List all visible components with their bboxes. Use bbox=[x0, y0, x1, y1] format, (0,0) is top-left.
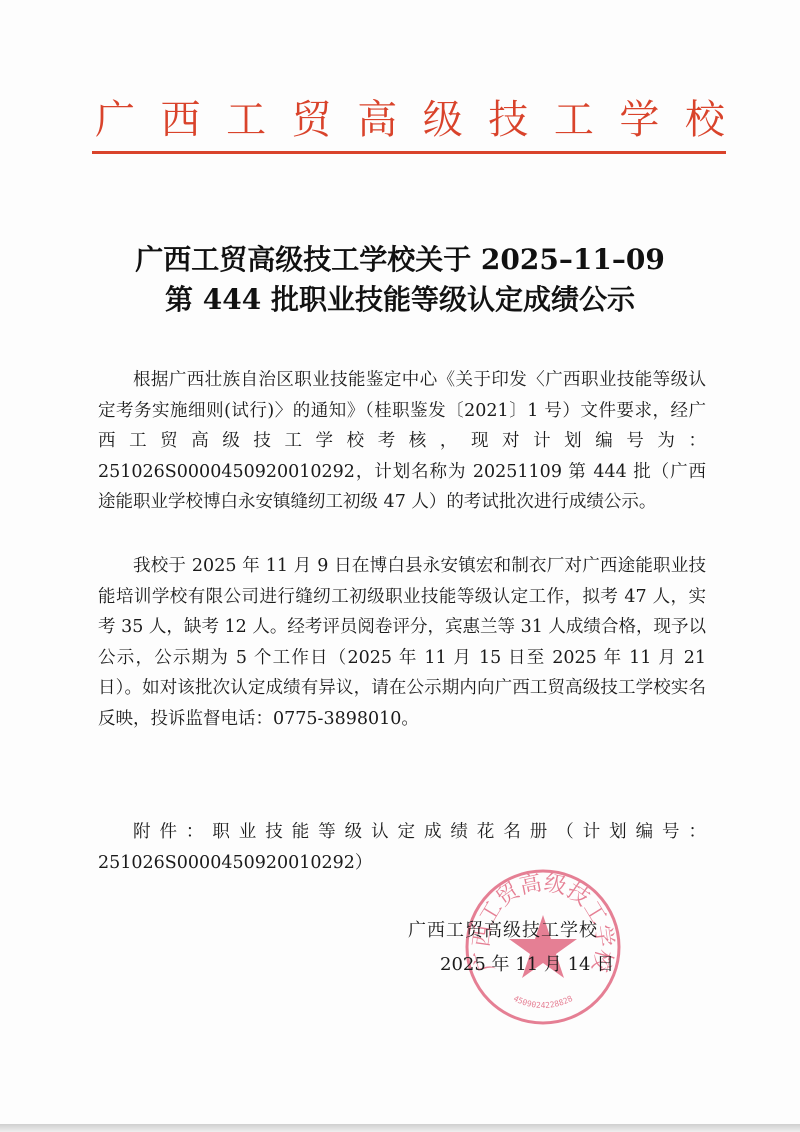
body-paragraph-2: 我校于 2025 年 11 月 9 日在博白县永安镇宏和制衣厂对广西途能职业技能… bbox=[98, 551, 706, 734]
body-paragraph-1: 根据广西壮族自治区职业技能鉴定中心《关于印发〈广西职业技能等级认定考务实施细则(… bbox=[98, 365, 706, 518]
letterhead-char: 技 bbox=[488, 96, 528, 144]
signature-block: 广西工贸高级技工学校 2025 年 11 月 14 日 bbox=[408, 914, 648, 982]
letterhead-char: 学 bbox=[619, 96, 659, 144]
paragraph-text: 我校于 2025 年 11 月 9 日在博白县永安镇宏和制衣厂对广西途能职业技能… bbox=[98, 551, 706, 734]
letterhead-char: 西 bbox=[161, 96, 201, 144]
signing-date: 2025 年 11 月 14 日 bbox=[408, 948, 648, 982]
letterhead-school-name: 广 西 工 贸 高 级 技 工 学 校 bbox=[95, 96, 725, 144]
letterhead-char: 级 bbox=[423, 96, 463, 144]
scan-bottom-edge bbox=[0, 1124, 800, 1132]
letterhead-char: 贸 bbox=[292, 96, 332, 144]
document-page: 广 西 工 贸 高 级 技 工 学 校 广西工贸高级技工学校关于 2025–11… bbox=[0, 0, 800, 1132]
letterhead-char: 工 bbox=[226, 96, 266, 144]
seal-number: 4509024228828 bbox=[512, 994, 574, 1010]
letterhead-divider bbox=[92, 151, 726, 154]
letterhead-char: 工 bbox=[554, 96, 594, 144]
signing-organization: 广西工贸高级技工学校 bbox=[408, 914, 648, 948]
letterhead-char: 校 bbox=[685, 96, 725, 144]
document-title-line-2: 第 444 批职业技能等级认定成绩公示 bbox=[0, 283, 800, 317]
letterhead-char: 高 bbox=[357, 96, 397, 144]
svg-text:4509024228828: 4509024228828 bbox=[512, 994, 574, 1010]
letterhead-char: 广 bbox=[95, 96, 135, 144]
paragraph-text: 根据广西壮族自治区职业技能鉴定中心《关于印发〈广西职业技能等级认定考务实施细则(… bbox=[98, 365, 706, 518]
document-title-line-1: 广西工贸高级技工学校关于 2025–11–09 bbox=[0, 243, 800, 277]
